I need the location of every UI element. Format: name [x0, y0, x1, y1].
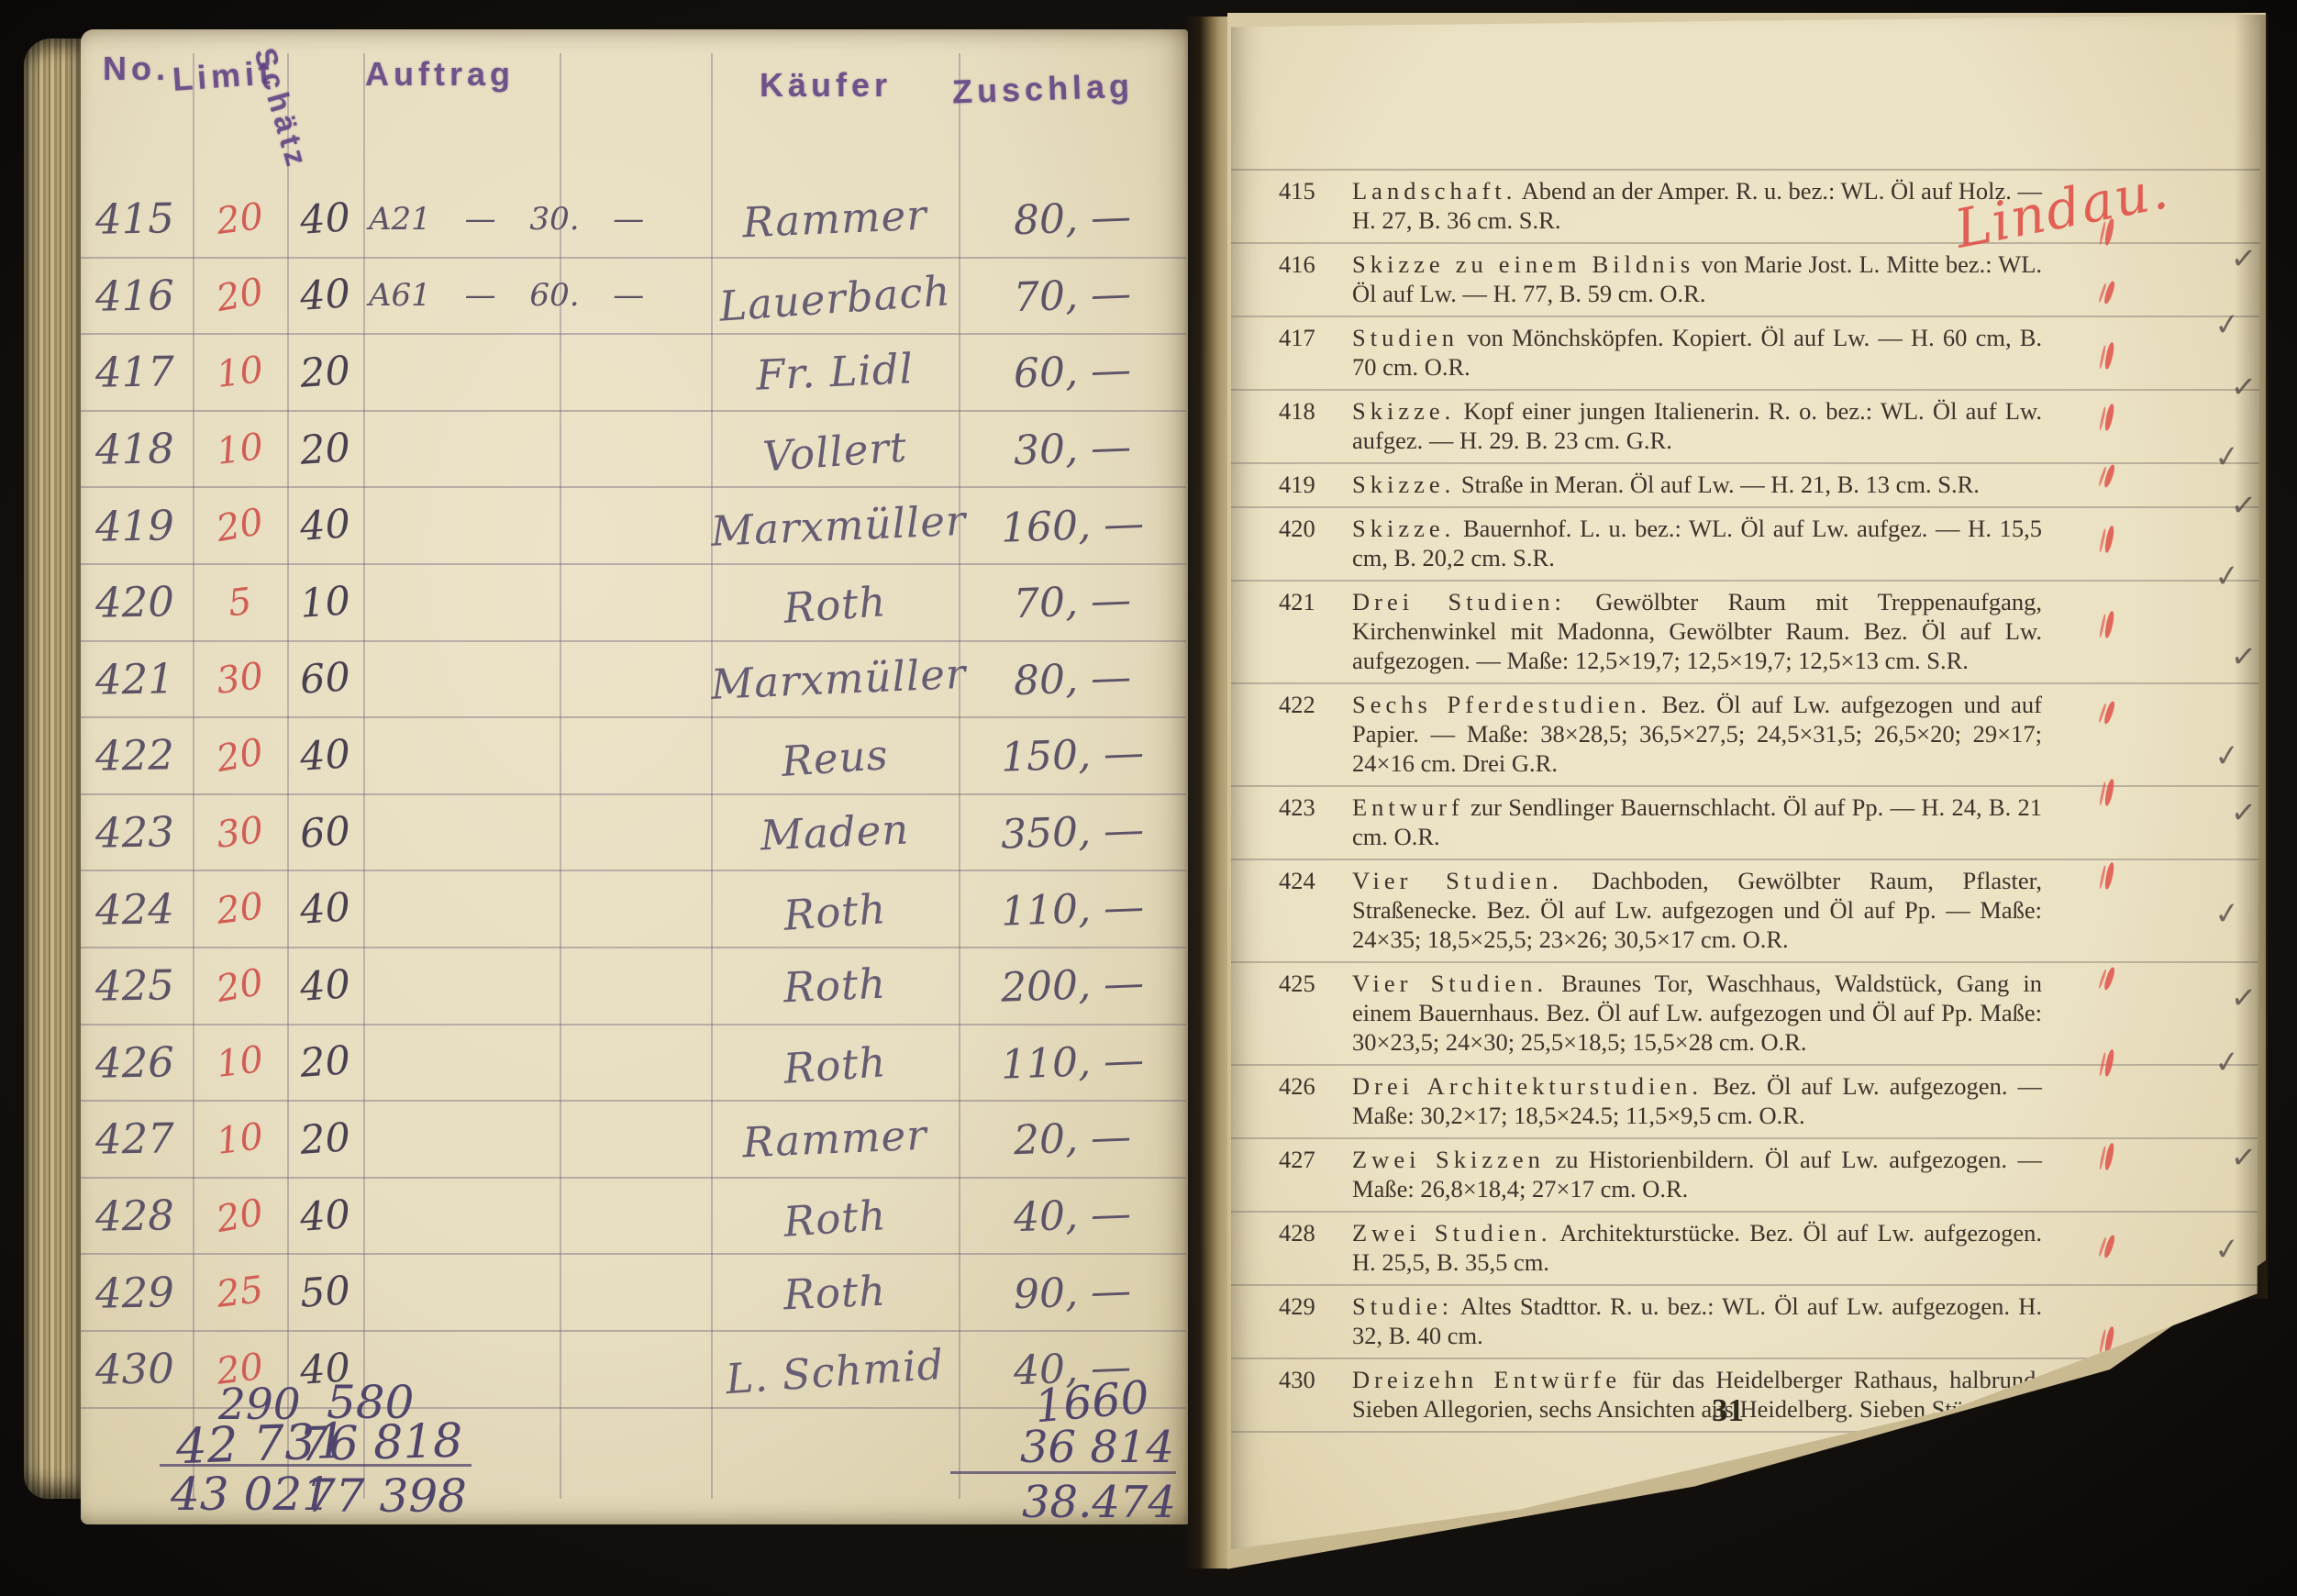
buyer-name: Roth	[710, 956, 960, 1015]
estimate-value: 60	[285, 654, 364, 705]
ledger-row: 425 20 40 Roth 200, —	[81, 948, 1186, 1025]
hammer-price: 160, —	[958, 498, 1187, 553]
hammer-price: 70, —	[958, 575, 1187, 630]
entry-title: Entwurf	[1352, 793, 1464, 821]
hammer-grand-total: 38.474	[1022, 1477, 1176, 1528]
estimate-value: 50	[285, 1267, 364, 1318]
estimate-grand-total: 77 398	[306, 1469, 467, 1523]
entry-title: Vier Studien.	[1352, 867, 1563, 894]
lot-number: 419	[81, 501, 194, 551]
lot-number: 430	[81, 1344, 194, 1394]
ledger-left-page: No. Limit Schätz Auftrag Käufer Zuschlag…	[81, 29, 1188, 1524]
book-gutter	[1183, 17, 1231, 1568]
hammer-price: 90, —	[958, 1265, 1187, 1320]
column-header-zuschlag: Zuschlag	[951, 67, 1134, 112]
lot-number: 417	[81, 347, 194, 397]
entry-title: Studie:	[1352, 1292, 1453, 1320]
hammer-price: 350, —	[958, 805, 1187, 860]
estimate-value: 20	[285, 424, 364, 475]
sum-rule	[160, 1464, 472, 1467]
entry-number: 422	[1279, 690, 1315, 719]
ledger-row: 420 5 10 Roth 70, —	[81, 565, 1186, 642]
lot-number: 423	[81, 807, 194, 858]
limit-value: 20	[190, 497, 290, 555]
entry-number: 421	[1279, 587, 1315, 616]
limit-value: 10	[191, 1036, 290, 1089]
catalog-entry: 426Drei Architekturstudien. Bez. Öl auf …	[1231, 1066, 2260, 1139]
hammer-price: 80, —	[958, 192, 1187, 247]
estimate-value: 40	[285, 883, 364, 935]
entry-description: Bauernhof. L. u. bez.: WL. Öl auf Lw. au…	[1352, 515, 2042, 571]
ledger-row: 424 20 40 Roth 110, —	[81, 871, 1186, 948]
limit-value: 20	[190, 267, 290, 325]
hammer-price: 110, —	[958, 1036, 1187, 1091]
limit-value: 30	[191, 805, 290, 859]
entry-number: 425	[1279, 969, 1315, 998]
catalog-entry: 422Sechs Pferdestudien. Bez. Öl auf Lw. …	[1231, 684, 2260, 787]
buyer-name: Rammer	[710, 1110, 960, 1169]
catalog-entry: 416Skizze zu einem Bildnis von Marie Jos…	[1231, 244, 2260, 317]
red-tick-mark	[2103, 1416, 2116, 1445]
lot-number: 429	[81, 1268, 194, 1318]
page-number: 31	[1712, 1392, 1744, 1429]
limit-value: 20	[191, 882, 290, 936]
estimate-value: 40	[285, 1191, 364, 1242]
ledger-row: 416 20 40 A61 — 60. — Lauerbach 70, —	[81, 259, 1186, 336]
entry-number: 419	[1279, 470, 1315, 499]
ledger-row: 421 30 60 Marxmüller 80, —	[81, 642, 1186, 719]
buyer-name: Roth	[710, 1032, 960, 1098]
hammer-price: 150, —	[958, 728, 1187, 783]
ledger-row: 422 20 40 Reus 150, —	[81, 718, 1186, 795]
entry-number: 430	[1279, 1365, 1315, 1394]
page-edge-shadow	[2235, 15, 2268, 1299]
check-mark: ✓	[2230, 1321, 2258, 1358]
hammer-price: 30, —	[958, 422, 1187, 477]
entry-number: 423	[1279, 792, 1315, 822]
ledger-row: 428 20 40 Roth 40, —	[81, 1179, 1186, 1256]
ledger-row: 423 30 60 Maden 350, —	[81, 795, 1186, 872]
limit-value: 10	[191, 346, 290, 399]
limit-value: 20	[190, 1187, 290, 1245]
entry-number: 418	[1279, 396, 1315, 426]
entry-number: 416	[1279, 249, 1315, 279]
limit-value: 25	[191, 1266, 290, 1319]
hammer-price: 70, —	[958, 269, 1187, 324]
buyer-name: L. Schmid	[710, 1339, 960, 1405]
buyer-name: Maden	[710, 803, 960, 862]
entry-title: Skizze.	[1352, 471, 1455, 498]
estimate-value: 40	[285, 271, 364, 322]
entry-title: Skizze.	[1352, 515, 1455, 542]
catalog-entry: 427Zwei Skizzen zu Historienbildern. Öl …	[1231, 1139, 2260, 1213]
buyer-name: Fr. Lidl	[710, 343, 960, 403]
entry-number: 415	[1279, 176, 1315, 205]
catalog-right-page: 415Landschaft. Abend an der Amper. R. u.…	[1231, 15, 2260, 1556]
ledger-row: 427 10 20 Rammer 20, —	[81, 1102, 1186, 1179]
lot-number: 424	[81, 884, 194, 935]
estimate-value: 20	[285, 1036, 364, 1088]
hammer-price: 200, —	[958, 959, 1187, 1014]
estimate-value: 10	[285, 577, 364, 628]
entry-number: 424	[1279, 866, 1315, 895]
entry-title: Skizze zu einem Bildnis	[1352, 250, 1694, 278]
entry-title: Skizze.	[1352, 397, 1455, 425]
column-header-schatz: Schätz	[247, 44, 315, 174]
estimate-value: 20	[285, 1114, 364, 1165]
sum-rule	[950, 1471, 1176, 1474]
buyer-name: Rammer	[710, 189, 960, 249]
estimate-value: 60	[285, 807, 364, 859]
limit-value: 10	[191, 422, 290, 475]
entry-title: Zwei Studien.	[1352, 1219, 1551, 1247]
hammer-price: 80, —	[958, 652, 1187, 707]
estimate-value: 40	[285, 194, 364, 245]
estimate-value: 20	[285, 347, 364, 398]
buyer-name: Roth	[710, 879, 960, 945]
ledger-rows: 415 20 40 A21 — 30. — Rammer 80, — 416 2…	[81, 182, 1186, 1409]
limit-value: 10	[191, 1113, 290, 1166]
lot-number: 416	[81, 271, 194, 321]
buyer-name: Marxmüller	[710, 649, 960, 709]
buyer-name: Roth	[710, 572, 960, 638]
ledger-book-photo: No. Limit Schätz Auftrag Käufer Zuschlag…	[0, 0, 2297, 1596]
buyer-name: Roth	[710, 1186, 960, 1252]
hammer-price: 110, —	[958, 881, 1187, 937]
column-header-kaufer: Käufer	[760, 66, 892, 105]
entry-title: Drei Architekturstudien.	[1352, 1072, 1703, 1100]
commission-bid: A21 — 30. —	[363, 201, 560, 238]
entry-title: Dreizehn Entwürfe	[1352, 1366, 1621, 1393]
buyer-name: Lauerbach	[710, 266, 960, 332]
ledger-row: 429 25 50 Roth 90, —	[81, 1255, 1186, 1332]
lot-number: 425	[81, 960, 194, 1011]
entry-description: Kopf einer jungen Italienerin. R. o. bez…	[1352, 397, 2042, 454]
entry-number: 426	[1279, 1071, 1315, 1101]
ledger-row: 415 20 40 A21 — 30. — Rammer 80, —	[81, 182, 1186, 259]
lot-number: 426	[81, 1037, 194, 1088]
entry-number: 420	[1279, 514, 1315, 543]
lot-number: 420	[81, 577, 194, 627]
column-header-no: No.	[103, 50, 170, 88]
limit-value: 30	[191, 652, 290, 705]
lot-number: 418	[81, 424, 194, 474]
check-mark: ✓	[2213, 1406, 2242, 1445]
column-header-auftrag: Auftrag	[365, 55, 515, 94]
hammer-price: 60, —	[958, 345, 1187, 400]
entry-title: Landschaft.	[1352, 177, 1516, 205]
entry-title: Studien	[1352, 324, 1459, 351]
estimate-value: 40	[285, 960, 364, 1012]
lot-number: 422	[81, 730, 194, 781]
entry-number: 427	[1279, 1145, 1315, 1174]
entry-number: 417	[1279, 323, 1315, 352]
hammer-carry-forward: 36 814	[1020, 1422, 1174, 1473]
entry-title: Vier Studien.	[1352, 970, 1548, 997]
lot-number: 415	[81, 194, 194, 244]
limit-value: 5	[191, 576, 290, 629]
entry-description: Straße in Meran. Öl auf Lw. — H. 21, B. …	[1461, 471, 1980, 498]
hammer-price: 40, —	[958, 1189, 1187, 1244]
ledger-row: 426 10 20 Roth 110, —	[81, 1025, 1186, 1103]
limit-value: 20	[191, 193, 290, 246]
entry-number: 429	[1279, 1291, 1315, 1321]
buyer-name: Reus	[710, 726, 960, 792]
entry-number: 428	[1279, 1218, 1315, 1247]
entry-description: Altes Stadttor. R. u. bez.: WL. Öl auf L…	[1352, 1292, 2042, 1349]
buyer-name: Roth	[710, 1263, 960, 1323]
buyer-name: Marxmüller	[710, 496, 960, 556]
entry-title: Zwei Skizzen	[1352, 1146, 1545, 1173]
limit-value: 20	[190, 957, 290, 1014]
ledger-row: 419 20 40 Marxmüller 160, —	[81, 488, 1186, 565]
limit-value: 20	[190, 726, 290, 784]
lot-number: 427	[81, 1114, 194, 1164]
entry-title: Drei Studien:	[1352, 588, 1566, 615]
page-edge-stack	[24, 39, 83, 1499]
ledger-row: 418 10 20 Vollert 30, —	[81, 412, 1186, 489]
estimate-value: 40	[285, 730, 364, 781]
hammer-price: 20, —	[958, 1112, 1187, 1167]
lot-number: 421	[81, 654, 194, 704]
lot-number: 428	[81, 1191, 194, 1241]
buyer-name: Vollert	[710, 419, 960, 485]
entry-title: Sechs Pferdestudien.	[1352, 691, 1651, 718]
commission-bid: A61 — 60. —	[363, 277, 560, 314]
estimate-value: 40	[285, 500, 364, 551]
ledger-row: 417 10 20 Fr. Lidl 60, —	[81, 335, 1186, 412]
